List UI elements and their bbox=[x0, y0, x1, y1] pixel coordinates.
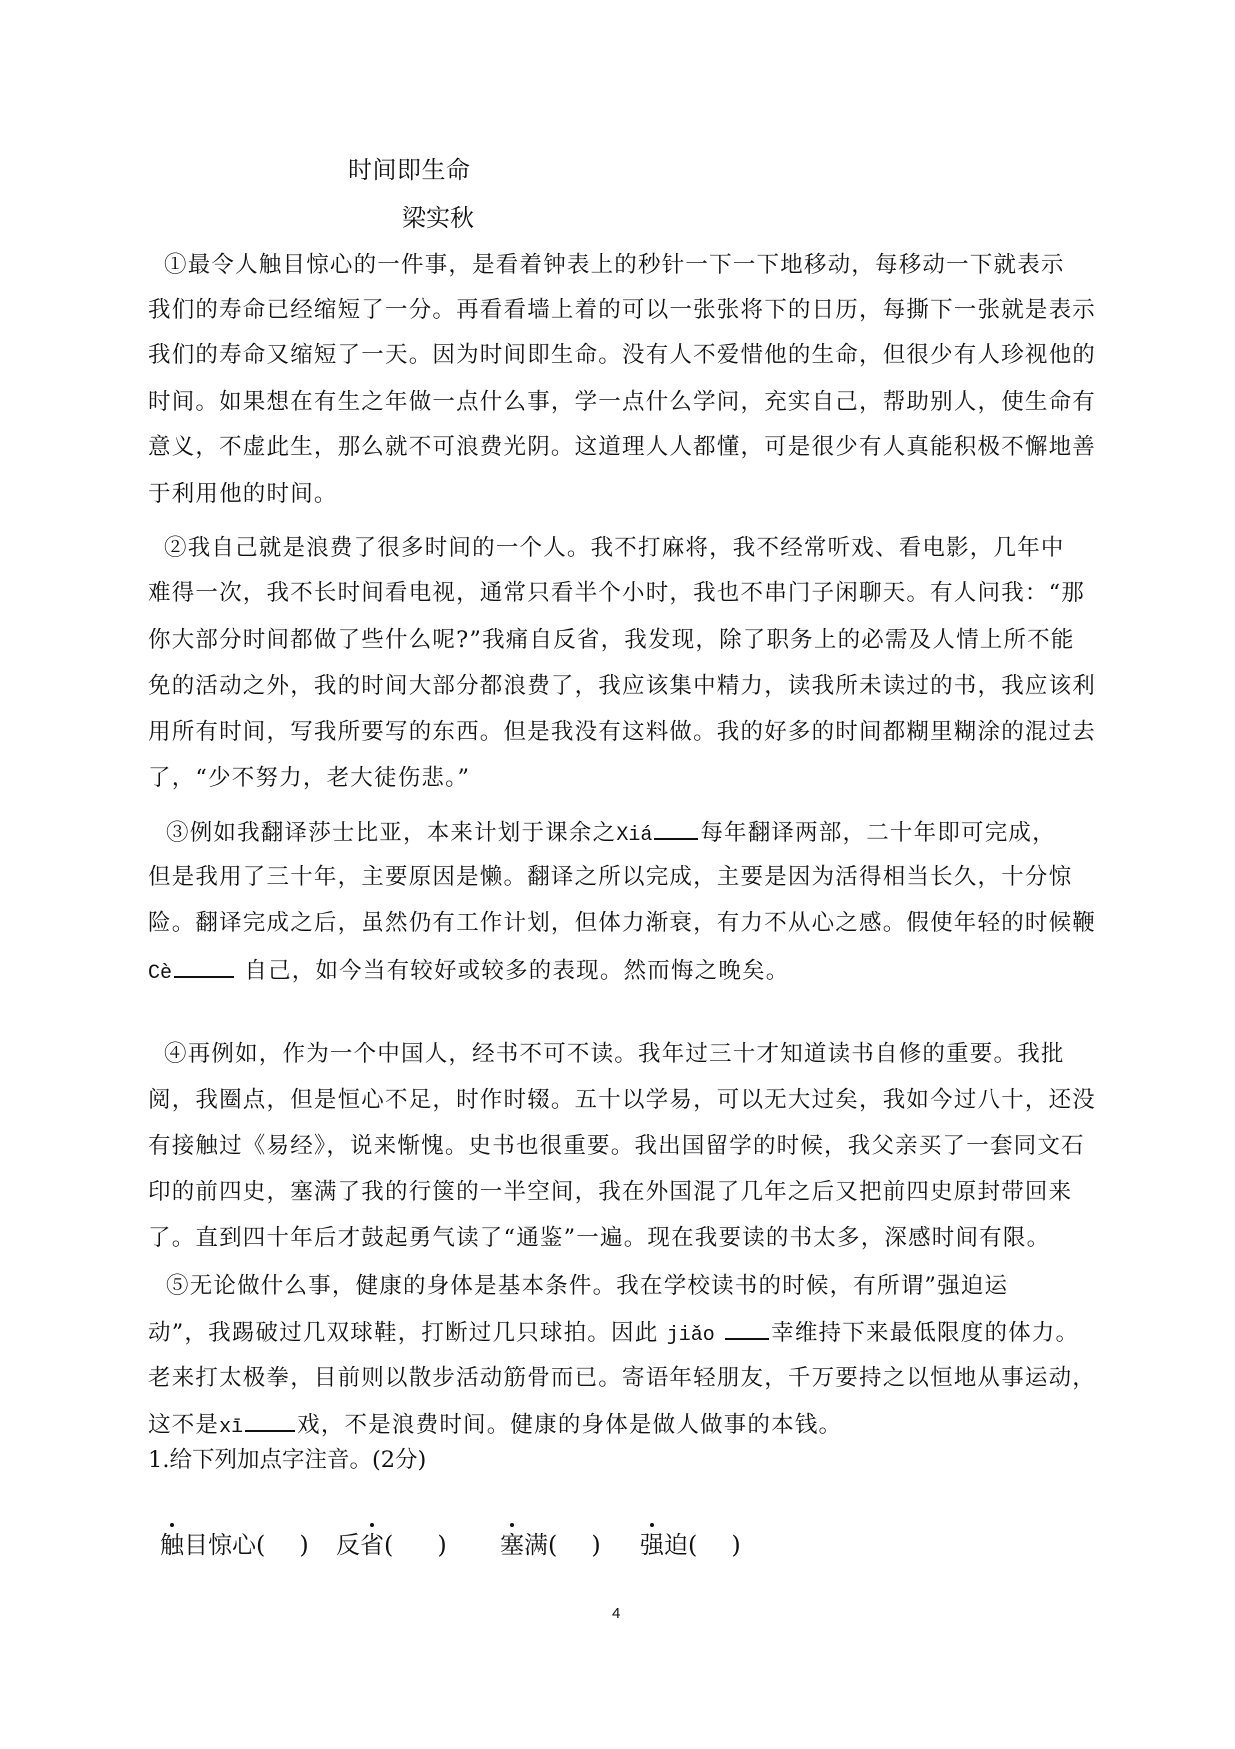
paragraph-3-text: 自己，如今当有较好或较多的表现。然而悔之晚矣。 bbox=[236, 958, 789, 984]
paragraph-2-line: 用所有时间，写我所要写的东西。但是我没有这料做。我的好多的时间都糊里糊涂的混过去 bbox=[148, 712, 1096, 752]
paragraph-5-text: 动”，我踢破过几双球鞋，打断过几只球拍。因此 bbox=[148, 1320, 658, 1346]
open-paren: ( bbox=[688, 1531, 697, 1559]
paragraph-1-line: 意义，不虚此生，那么就不可浪费光阴。这道理人人都懂，可是很少有人真能积极不懈地善 bbox=[148, 427, 1096, 467]
paragraph-5-line: 老来打太极拳，目前则以散步活动筋骨而已。寄语年轻朋友，千万要持之以恒地从事运动， bbox=[148, 1358, 1096, 1398]
paragraph-1-line: 我们的寿命又缩短了一天。因为时间即生命。没有人不爱惜他的生命，但很少有人珍视他的 bbox=[148, 335, 1096, 375]
paragraph-4-line: 了。直到四十年后才鼓起勇气读了“通鉴”一遍。现在我要读的书太多，深感时间有限。 bbox=[148, 1218, 1050, 1258]
paragraph-3-line: 但是我用了三十年，主要原因是懒。翻译之所以完成，主要是因为活得相当长久，十分惊 bbox=[148, 857, 1072, 897]
paragraph-4-line: 阅，我圈点，但是恒心不足，时作时辍。五十以学易，可以无大过矣，我如今过八十，还没 bbox=[148, 1080, 1096, 1120]
fill-blank-ce[interactable] bbox=[174, 950, 234, 978]
close-paren: ) bbox=[299, 1531, 308, 1559]
paragraph-3-line: Cè 自己，如今当有较好或较多的表现。然而悔之晚矣。 bbox=[148, 950, 789, 994]
page-number: 4 bbox=[612, 1604, 620, 1624]
fill-blank-xia[interactable] bbox=[654, 812, 698, 840]
question-1: 1.给下列加点字注音。(2分) bbox=[148, 1440, 426, 1480]
word-rest: 迫 bbox=[664, 1531, 688, 1559]
question-number: 1. bbox=[148, 1447, 169, 1473]
answer-item-saiman: 塞满() bbox=[500, 1525, 636, 1565]
fill-blank-xi[interactable] bbox=[245, 1404, 295, 1432]
paragraph-4-line: 有接触过《易经》，说来惭愧。史书也很重要。我出国留学的时候，我父亲买了一套同文石 bbox=[148, 1126, 1085, 1166]
close-paren: ) bbox=[591, 1531, 600, 1559]
dotted-character: 强 bbox=[640, 1525, 664, 1565]
paragraph-2-line: 难得一次，我不长时间看电视，通常只看半个小时，我也不串门子闲聊天。有人问我：“那 bbox=[148, 573, 1085, 613]
word-rest: 目惊心 bbox=[184, 1531, 256, 1559]
paragraph-5-text: 戏，不是浪费时间。健康的身体是做人做事的本钱。 bbox=[297, 1412, 842, 1438]
open-paren: ( bbox=[256, 1531, 265, 1559]
paragraph-3-line: 险。翻译完成之后，虽然仍有工作计划，但体力渐衰，有力不从心之感。假使年轻的时候鞭 bbox=[148, 903, 1096, 943]
essay-title: 时间即生命 bbox=[348, 150, 471, 190]
pinyin-hint: xī bbox=[219, 1416, 243, 1439]
word-prefix: 反 bbox=[336, 1531, 360, 1559]
paragraph-3-text: ③例如我翻译莎士比亚，本来计划于课余之 bbox=[166, 820, 616, 846]
paragraph-4-line: 印的前四史，塞满了我的行箧的一半空间，我在外国混了几年之后又把前四史原封带回来 bbox=[148, 1172, 1072, 1212]
open-paren: ( bbox=[384, 1531, 393, 1559]
open-paren: ( bbox=[548, 1531, 557, 1559]
paragraph-2-line: 了，“少不努力，老大徒伤悲。” bbox=[148, 758, 470, 798]
dotted-character: 省 bbox=[360, 1525, 384, 1565]
dotted-character: 触 bbox=[160, 1525, 184, 1565]
question-prompt: 给下列加点字注音。(2分) bbox=[169, 1447, 426, 1473]
pinyin-hint: jiǎo bbox=[667, 1324, 715, 1347]
paragraph-1-line: 时间。如果想在有生之年做一点什么事，学一点什么学问，充实自己，帮助别人，使生命有 bbox=[148, 382, 1096, 422]
close-paren: ) bbox=[731, 1531, 740, 1559]
dotted-character: 塞 bbox=[500, 1525, 524, 1565]
answer-item-qiangpo: 强迫() bbox=[640, 1525, 776, 1565]
pinyin-hint: Xiá bbox=[616, 824, 652, 847]
paragraph-3-line: ③例如我翻译莎士比亚，本来计划于课余之Xiá每年翻译两部，二十年即可完成， bbox=[166, 812, 1056, 856]
answer-item-fanxing: 反省() bbox=[336, 1525, 480, 1565]
essay-author: 梁实秋 bbox=[402, 198, 474, 238]
close-paren: ) bbox=[437, 1531, 446, 1559]
document-page: 时间即生命 梁实秋 ①最令人触目惊心的一件事，是看着钟表上的秒针一下一下地移动，… bbox=[0, 0, 1235, 1749]
paragraph-5-line: 动”，我踢破过几双球鞋，打断过几只球拍。因此 jiǎo 幸维持下来最低限度的体力… bbox=[148, 1312, 1079, 1356]
paragraph-5-text: 这不是 bbox=[148, 1412, 219, 1438]
pinyin-answer-row: 触目惊心() 反省() 塞满() 强迫() bbox=[160, 1525, 776, 1565]
paragraph-1-line: 我们的寿命已经缩短了一分。再看看墙上着的可以一张张将下的日历，每撕下一张就是表示 bbox=[148, 290, 1096, 330]
answer-item-chumu: 触目惊心() bbox=[160, 1525, 328, 1565]
paragraph-1-line: ①最令人触目惊心的一件事，是看着钟表上的秒针一下一下地移动，每移动一下就表示 bbox=[164, 245, 1065, 285]
pinyin-hint: Cè bbox=[148, 962, 172, 985]
paragraph-2-line: ②我自己就是浪费了很多时间的一个人。我不打麻将，我不经常听戏、看电影，几年中 bbox=[164, 528, 1065, 568]
paragraph-5-text: 幸维持下来最低限度的体力。 bbox=[771, 1320, 1079, 1346]
paragraph-1-line: 于利用他的时间。 bbox=[148, 474, 338, 514]
paragraph-2-line: 你大部分时间都做了些什么呢?”我痛自反省，我发现，除了职务上的必需及人情上所不能 bbox=[148, 620, 1075, 660]
paragraph-4-line: ④再例如，作为一个中国人，经书不可不读。我年过三十才知道读书自修的重要。我批 bbox=[164, 1034, 1065, 1074]
paragraph-2-line: 免的活动之外，我的时间大部分都浪费了，我应该集中精力，读我所未读过的书，我应该利 bbox=[148, 666, 1096, 706]
fill-blank-jiao[interactable] bbox=[725, 1312, 769, 1340]
paragraph-3-text: 每年翻译两部，二十年即可完成， bbox=[700, 820, 1056, 846]
word-rest: 满 bbox=[524, 1531, 548, 1559]
paragraph-5-line: ⑤无论做什么事，健康的身体是基本条件。我在学校读书的时候，有所谓”强迫运 bbox=[166, 1266, 1008, 1306]
